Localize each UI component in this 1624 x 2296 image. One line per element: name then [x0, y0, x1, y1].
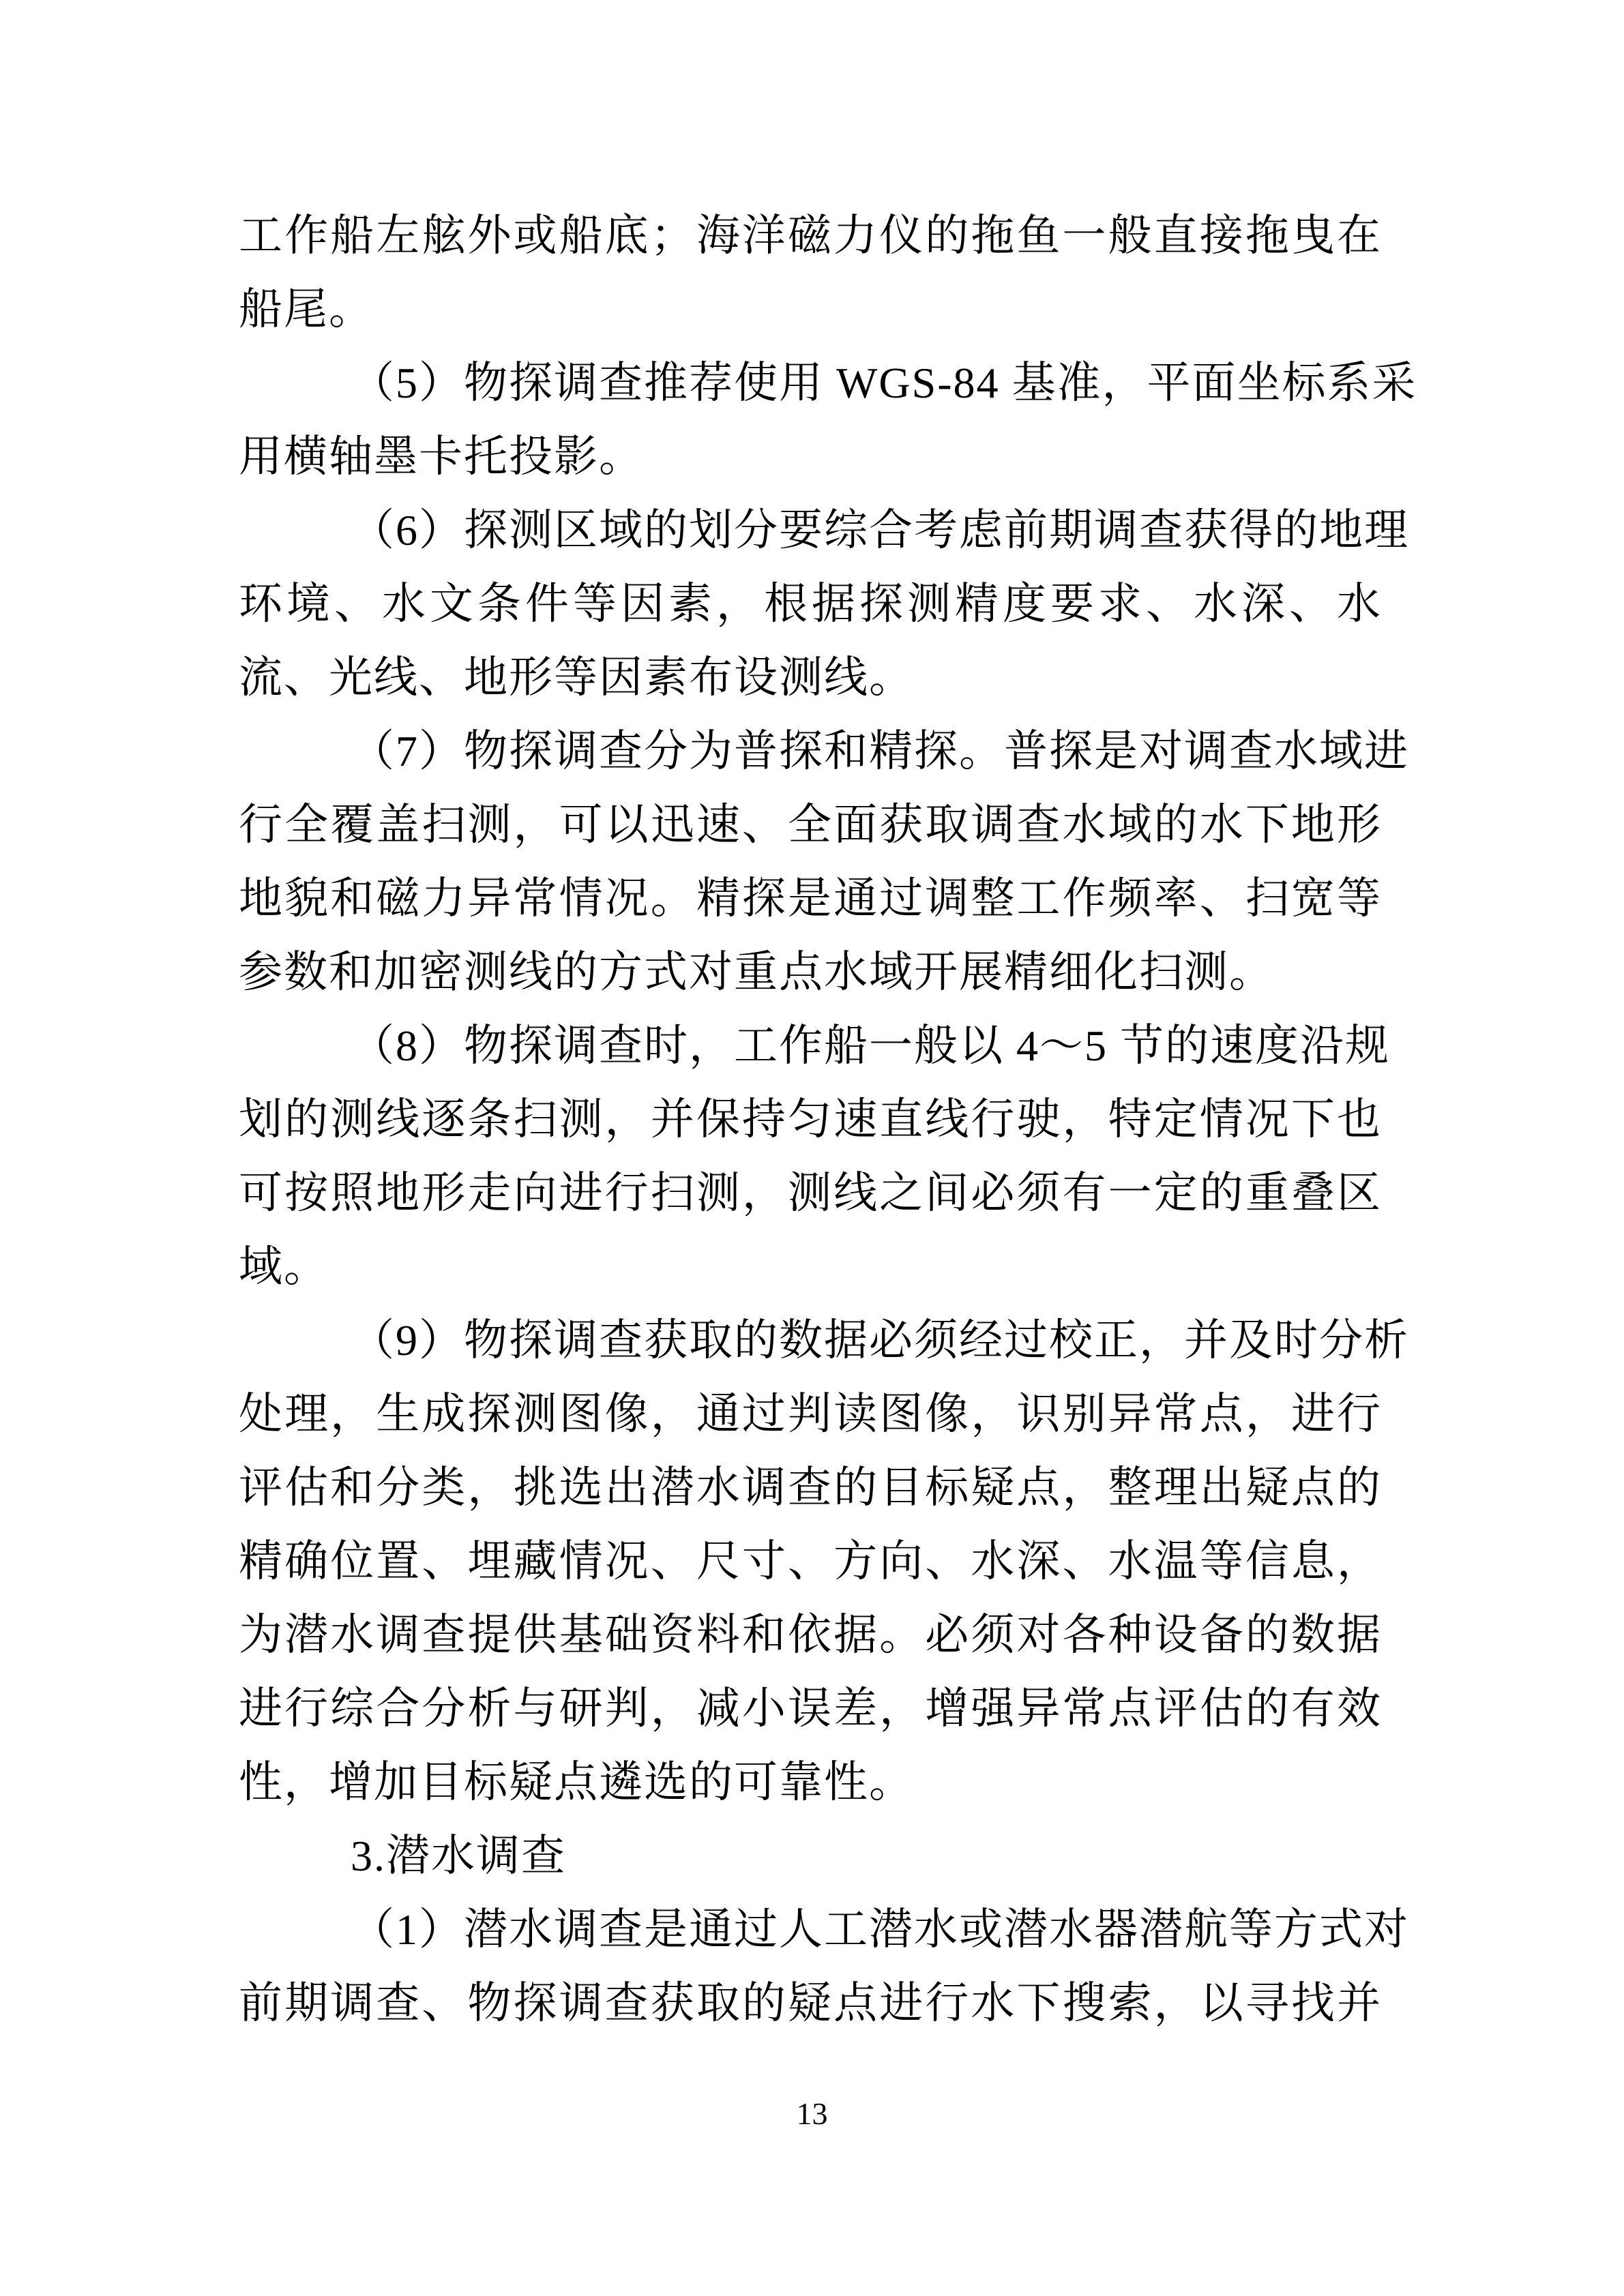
text-line: （6）探测区域的划分要综合考虑前期调查获得的地理	[239, 494, 1382, 567]
document-page: 工作船左舷外或船底；海洋磁力仪的拖鱼一般直接拖曳在 船尾。 （5）物探调查推荐使…	[0, 0, 1624, 2296]
text-line: 流、光线、地形等因素布设测线。	[239, 641, 1382, 715]
text-line: 工作船左舷外或船底；海洋磁力仪的拖鱼一般直接拖曳在	[239, 199, 1382, 273]
page-number: 13	[0, 2095, 1624, 2133]
text-line: （1）潜水调查是通过人工潜水或潜水器潜航等方式对	[239, 1893, 1382, 1967]
text-line: 为潜水调查提供基础资料和依据。必须对各种设备的数据	[239, 1598, 1382, 1672]
section-heading-diving-survey: 3.潜水调查	[239, 1819, 1382, 1893]
text-line: 进行综合分析与研判，减小误差，增强异常点评估的有效	[239, 1672, 1382, 1746]
page-body: 工作船左舷外或船底；海洋磁力仪的拖鱼一般直接拖曳在 船尾。 （5）物探调查推荐使…	[239, 199, 1382, 2040]
text-line: 行全覆盖扫测，可以迅速、全面获取调查水域的水下地形	[239, 788, 1382, 862]
text-line: 域。	[239, 1230, 1382, 1304]
text-line: （7）物探调查分为普探和精探。普探是对调查水域进	[239, 715, 1382, 788]
text-line: 参数和加密测线的方式对重点水域开展精细化扫测。	[239, 936, 1382, 1009]
text-line: 性，增加目标疑点遴选的可靠性。	[239, 1746, 1382, 1819]
text-line: 地貌和磁力异常情况。精探是通过调整工作频率、扫宽等	[239, 862, 1382, 936]
text-line: 处理，生成探测图像，通过判读图像，识别异常点，进行	[239, 1377, 1382, 1451]
text-line: （5）物探调查推荐使用 WGS-84 基准，平面坐标系采	[239, 346, 1382, 420]
text-line: 划的测线逐条扫测，并保持匀速直线行驶，特定情况下也	[239, 1083, 1382, 1157]
text-line: 船尾。	[239, 273, 1382, 346]
text-line: 评估和分类，挑选出潜水调查的目标疑点，整理出疑点的	[239, 1451, 1382, 1525]
text-line: 环境、水文条件等因素，根据探测精度要求、水深、水	[239, 567, 1382, 641]
text-line: 前期调查、物探调查获取的疑点进行水下搜索，以寻找并	[239, 1967, 1382, 2040]
text-line: 精确位置、埋藏情况、尺寸、方向、水深、水温等信息，	[239, 1525, 1382, 1598]
text-line: （9）物探调查获取的数据必须经过校正，并及时分析	[239, 1304, 1382, 1377]
text-line: （8）物探调查时，工作船一般以 4～5 节的速度沿规	[239, 1009, 1382, 1083]
text-line: 用横轴墨卡托投影。	[239, 420, 1382, 494]
text-line: 可按照地形走向进行扫测，测线之间必须有一定的重叠区	[239, 1157, 1382, 1230]
